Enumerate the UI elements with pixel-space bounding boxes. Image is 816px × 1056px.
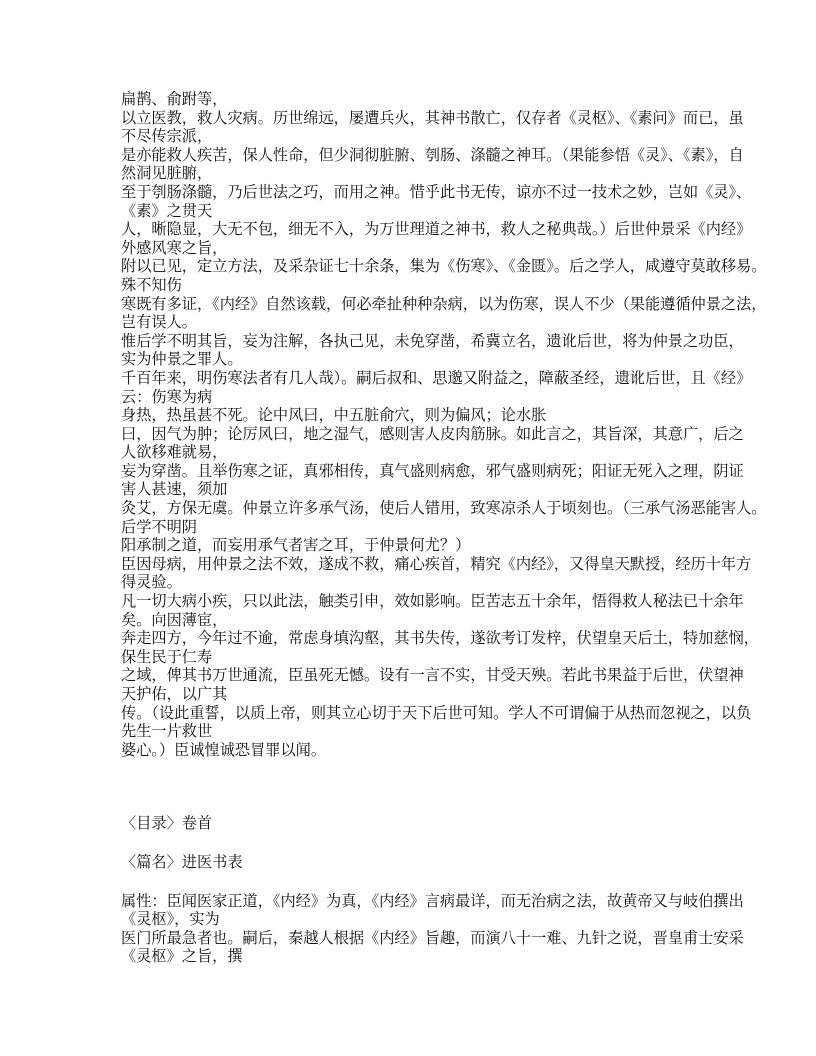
- attribute-line: 《灵枢》之旨，撰: [121, 947, 699, 966]
- text-line: 得灵验。: [121, 573, 699, 592]
- text-line: 至于刳肠涤髓，乃后世法之巧，而用之神。惜乎此书无传，谅亦不过一技术之妙，岂如《灵…: [121, 183, 699, 202]
- text-line: 凡一切大病小疾，只以此法，触类引申，效如影响。臣苦志五十余年，悟得救人秘法已十余…: [121, 592, 699, 611]
- text-line: 天护佑，以广其: [121, 685, 699, 704]
- text-line: 然洞见脏腑，: [121, 164, 699, 183]
- text-line: 臣因母病，用仲景之法不效，遂成不救，痛心疾首，精究《内经》，又得皇天默授，经历十…: [121, 555, 699, 574]
- text-line: 身热，热虽甚不死。论中风曰，中五脏俞穴，则为偏风；论水胀: [121, 406, 699, 425]
- text-line: 外感风寒之旨，: [121, 239, 699, 258]
- text-line: 矣。向因薄宦，: [121, 611, 699, 630]
- text-line: 千百年来，明伤寒法者有几人哉）。嗣后叔和、思邈又附益之，障蔽圣经，遗讹后世，且《…: [121, 369, 699, 388]
- text-line: 《素》之贯天: [121, 202, 699, 221]
- toc-line: 〈目录〉卷首: [121, 814, 699, 833]
- attribute-line: 医门所最急者也。嗣后，秦越人根据《内经》旨趣，而演八十一难、九针之说，晋皇甫士安…: [121, 929, 699, 948]
- text-line: 岂有误人。: [121, 313, 699, 332]
- body-text: 扁鹊、俞跗等，以立医教，救人灾病。历世绵远，屡遭兵火，其神书散亡，仅存者《灵枢》…: [121, 90, 699, 759]
- text-line: 阳承制之道，而妄用承气者害之耳，于仲景何尤？）: [121, 536, 699, 555]
- attribute-text: 属性：臣闻医家正道，《内经》为真，《内经》言病最详，而无治病之法，故黄帝又与岐伯…: [121, 892, 699, 966]
- text-line: 后学不明阴: [121, 518, 699, 537]
- chapter-title: 〈篇名〉进医书表: [121, 853, 699, 872]
- text-line: 之域，俾其书万世通流，臣虽死无憾。设有一言不实，甘受天殃。若此书果益于后世，伏望…: [121, 666, 699, 685]
- text-line: 不尽传宗派，: [121, 127, 699, 146]
- text-line: 寒既有多证，《内经》自然该载，何必牵扯种种杂病，以为伤寒，误人不少（果能遵循仲景…: [121, 295, 699, 314]
- text-line: 扁鹊、俞跗等，: [121, 90, 699, 109]
- text-line: 殊不知伤: [121, 276, 699, 295]
- text-line: 传。（设此重誓，以质上帝，则其立心切于天下后世可知。学人不可谓偏于从热而忽视之，…: [121, 704, 699, 723]
- text-line: 婆心。）臣诚惶诚恐冒罪以闻。: [121, 741, 699, 760]
- text-line: 人，晰隐显，大无不包，细无不入，为万世理道之神书，救人之秘典哉。）后世仲景采《内…: [121, 220, 699, 239]
- section-gap: [121, 872, 699, 892]
- text-line: 害人甚速，须加: [121, 480, 699, 499]
- document-page: 扁鹊、俞跗等，以立医教，救人灾病。历世绵远，屡遭兵火，其神书散亡，仅存者《灵枢》…: [121, 90, 699, 966]
- text-line: 保生民于仁寿: [121, 648, 699, 667]
- text-line: 是亦能救人疾苦，保人性命，但少洞彻脏腑、刳肠、涤髓之神耳。（果能参悟《灵》、《素…: [121, 146, 699, 165]
- text-line: 以立医教，救人灾病。历世绵远，屡遭兵火，其神书散亡，仅存者《灵枢》、《素问》而已…: [121, 109, 699, 128]
- section-gap: [121, 833, 699, 853]
- text-line: 附以已见，定立方法，及采杂证七十余条，集为《伤寒》、《金匮》。后之学人，咸遵守莫…: [121, 257, 699, 276]
- text-line: 实为仲景之罪人。: [121, 350, 699, 369]
- text-line: 先生一片救世: [121, 722, 699, 741]
- attribute-line: 《灵枢》，实为: [121, 910, 699, 929]
- text-line: 奔走四方，今年过不逾，常虑身填沟壑，其书失传，遂欲考订发梓，伏望皇天后土，特加慈…: [121, 629, 699, 648]
- section-gap: [121, 759, 699, 814]
- text-line: 人欲移难就易，: [121, 443, 699, 462]
- attribute-line: 属性：臣闻医家正道，《内经》为真，《内经》言病最详，而无治病之法，故黄帝又与岐伯…: [121, 892, 699, 911]
- text-line: 妄为穿凿。且举伤寒之证，真邪相传，真气盛则病愈，邪气盛则病死；阳证无死入之理，阴…: [121, 462, 699, 481]
- text-line: 惟后学不明其旨，妄为注解，各执己见，未免穿凿，希冀立名，遗讹后世，将为仲景之功臣…: [121, 332, 699, 351]
- text-line: 云：伤寒为病: [121, 388, 699, 407]
- text-line: 灸艾，方保无虞。仲景立许多承气汤，使后人错用，致寒凉杀人于顷刻也。（三承气汤恶能…: [121, 499, 699, 518]
- text-line: 曰，因气为肿；论厉风曰，地之湿气，感则害人皮肉筋脉。如此言之，其旨深，其意广，后…: [121, 425, 699, 444]
